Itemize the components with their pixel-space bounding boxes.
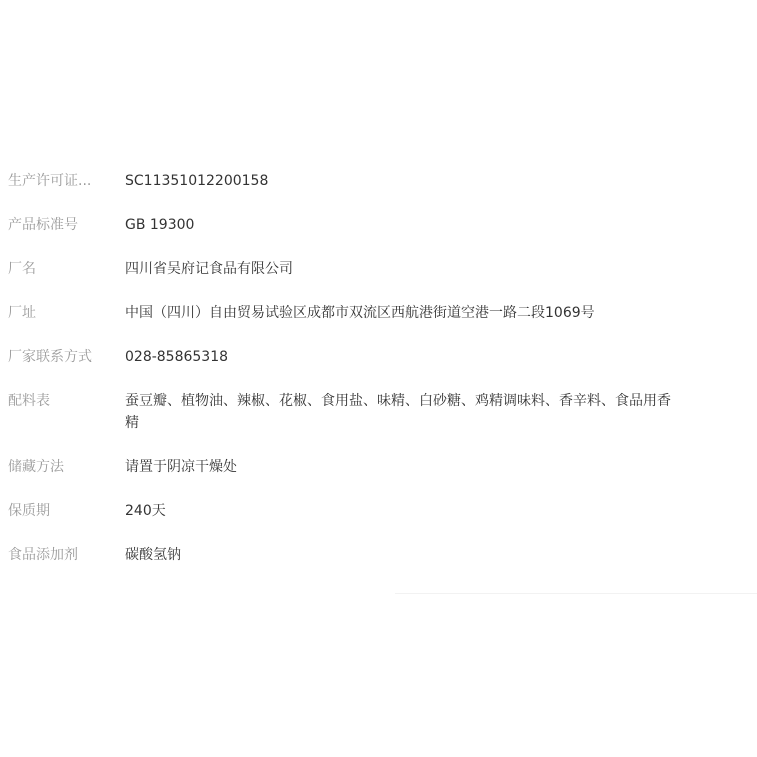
spec-label: 生产许可证...	[8, 170, 125, 192]
spec-label: 配料表	[8, 390, 125, 412]
spec-row-factory-name: 厂名 四川省吴府记食品有限公司	[8, 258, 688, 302]
spec-value: 中国（四川）自由贸易试验区成都市双流区西航港街道空港一路二段1069号	[125, 302, 685, 324]
spec-value: 蚕豆瓣、植物油、辣椒、花椒、食用盐、味精、白砂糖、鸡精调味料、香辛料、食品用香精	[125, 390, 685, 434]
spec-value: GB 19300	[125, 214, 685, 236]
spec-row-contact: 厂家联系方式 028-85865318	[8, 346, 688, 390]
spec-row-shelf-life: 保质期 240天	[8, 500, 688, 544]
spec-value: 四川省吴府记食品有限公司	[125, 258, 685, 280]
spec-value: 240天	[125, 500, 685, 522]
spec-row-additives: 食品添加剂 碳酸氢钠	[8, 544, 688, 588]
spec-row-factory-address: 厂址 中国（四川）自由贸易试验区成都市双流区西航港街道空港一路二段1069号	[8, 302, 688, 346]
product-spec-table: 生产许可证... SC11351012200158 产品标准号 GB 19300…	[8, 170, 688, 588]
spec-label: 厂名	[8, 258, 125, 280]
spec-row-ingredients: 配料表 蚕豆瓣、植物油、辣椒、花椒、食用盐、味精、白砂糖、鸡精调味料、香辛料、食…	[8, 390, 688, 456]
spec-label: 厂家联系方式	[8, 346, 125, 368]
spec-row-license: 生产许可证... SC11351012200158	[8, 170, 688, 214]
spec-label: 储藏方法	[8, 456, 125, 478]
spec-value: SC11351012200158	[125, 170, 685, 192]
spec-label: 保质期	[8, 500, 125, 522]
spec-label: 产品标准号	[8, 214, 125, 236]
spec-row-standard: 产品标准号 GB 19300	[8, 214, 688, 258]
spec-value: 028-85865318	[125, 346, 685, 368]
spec-label: 食品添加剂	[8, 544, 125, 566]
spec-value: 碳酸氢钠	[125, 544, 685, 566]
spec-value: 请置于阴凉干燥处	[125, 456, 685, 478]
divider	[395, 593, 757, 594]
spec-row-storage: 储藏方法 请置于阴凉干燥处	[8, 456, 688, 500]
spec-label: 厂址	[8, 302, 125, 324]
